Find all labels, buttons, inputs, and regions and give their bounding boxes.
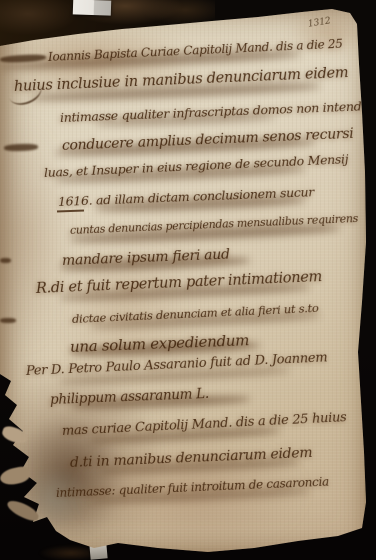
handwriting-ink: R.di et fuit repertum pater intimationem xyxy=(36,269,323,297)
handwriting-ink: conducere amplius decimum senos recursi xyxy=(62,126,354,154)
manuscript-line: mandare ipsum fieri audmandare ipsum fie… xyxy=(62,247,230,269)
handwriting-ink: Ioannis Bapista Curiae Capitolij Mand. d… xyxy=(48,37,343,64)
handwriting-ink: dictae civitatis denunciam et alia fieri… xyxy=(72,301,319,326)
underline-mark xyxy=(57,210,84,213)
manuscript-line: d.ti in manibus denunciarum eidemd.ti in… xyxy=(70,445,313,471)
manuscript-line: intimasse: qualiter fuit introitum de ca… xyxy=(56,475,329,500)
ink-curl-mark xyxy=(343,527,359,539)
margin-mark xyxy=(0,258,11,263)
handwriting-ink: d.ti in manibus denunciarum eidem xyxy=(70,445,313,471)
manuscript-line: conducere amplius decimum senos recursic… xyxy=(62,126,354,154)
manuscript-line: R.di et fuit repertum pater intimationem… xyxy=(36,269,323,297)
manuscript-line: luas, et Insuper in eius regione de secu… xyxy=(44,151,349,180)
handwriting-ink: 1616. ad illam dictam conclusionem sucur xyxy=(58,184,314,209)
handwriting-ink: una solum expediendum xyxy=(70,331,250,356)
manuscript-line: cuntas denuncias percipiendas mensualibu… xyxy=(70,212,359,237)
bookmark-tab-top xyxy=(73,0,112,16)
manuscript-line: huius inclusiue in manibus denunciarum e… xyxy=(14,65,349,95)
manuscript-line: intimasse qualiter infrascriptas domos n… xyxy=(60,98,370,125)
torn-paper-shard xyxy=(0,465,31,487)
handwriting-ink: mas curiae Capitolij Mand. dis a die 25 … xyxy=(62,410,347,439)
manuscript-photo: 1312 Ioannis Bapista Curiae Capitolij Ma… xyxy=(0,0,376,560)
manuscript-page: 1312 Ioannis Bapista Curiae Capitolij Ma… xyxy=(0,0,376,560)
handwriting-ink: luas, et Insuper in eius regione de secu… xyxy=(44,151,349,180)
manuscript-line: Ioannis Bapista Curiae Capitolij Mand. d… xyxy=(48,37,343,64)
margin-mark xyxy=(0,54,46,63)
manuscript-line: dictae civitatis denunciam et alia fieri… xyxy=(72,301,319,326)
handwriting-ink: intimasse: qualiter fuit introitum de ca… xyxy=(56,475,329,500)
margin-mark xyxy=(4,143,38,151)
handwriting-ink: intimasse qualiter infrascriptas domos n… xyxy=(60,98,370,125)
manuscript-line: mas curiae Capitolij Mand. dis a die 25 … xyxy=(62,410,347,439)
manuscript-line: 1616. ad illam dictam conclusionem sucur… xyxy=(58,184,314,209)
manuscript-line: philippum assaranum L.philippum assaranu… xyxy=(50,386,209,408)
handwriting-ink: mandare ipsum fieri aud xyxy=(62,247,230,269)
handwriting-ink: philippum assaranum L. xyxy=(50,386,209,408)
handwriting-ink: cuntas denuncias percipiendas mensualibu… xyxy=(70,212,359,237)
margin-mark xyxy=(0,318,16,323)
handwriting-ink: huius inclusiue in manibus denunciarum e… xyxy=(14,65,349,95)
handwriting-layer: 1312 Ioannis Bapista Curiae Capitolij Ma… xyxy=(0,0,376,560)
manuscript-line: una solum expediendumuna solum expediend… xyxy=(70,331,250,356)
page-number: 1312 xyxy=(307,16,331,29)
